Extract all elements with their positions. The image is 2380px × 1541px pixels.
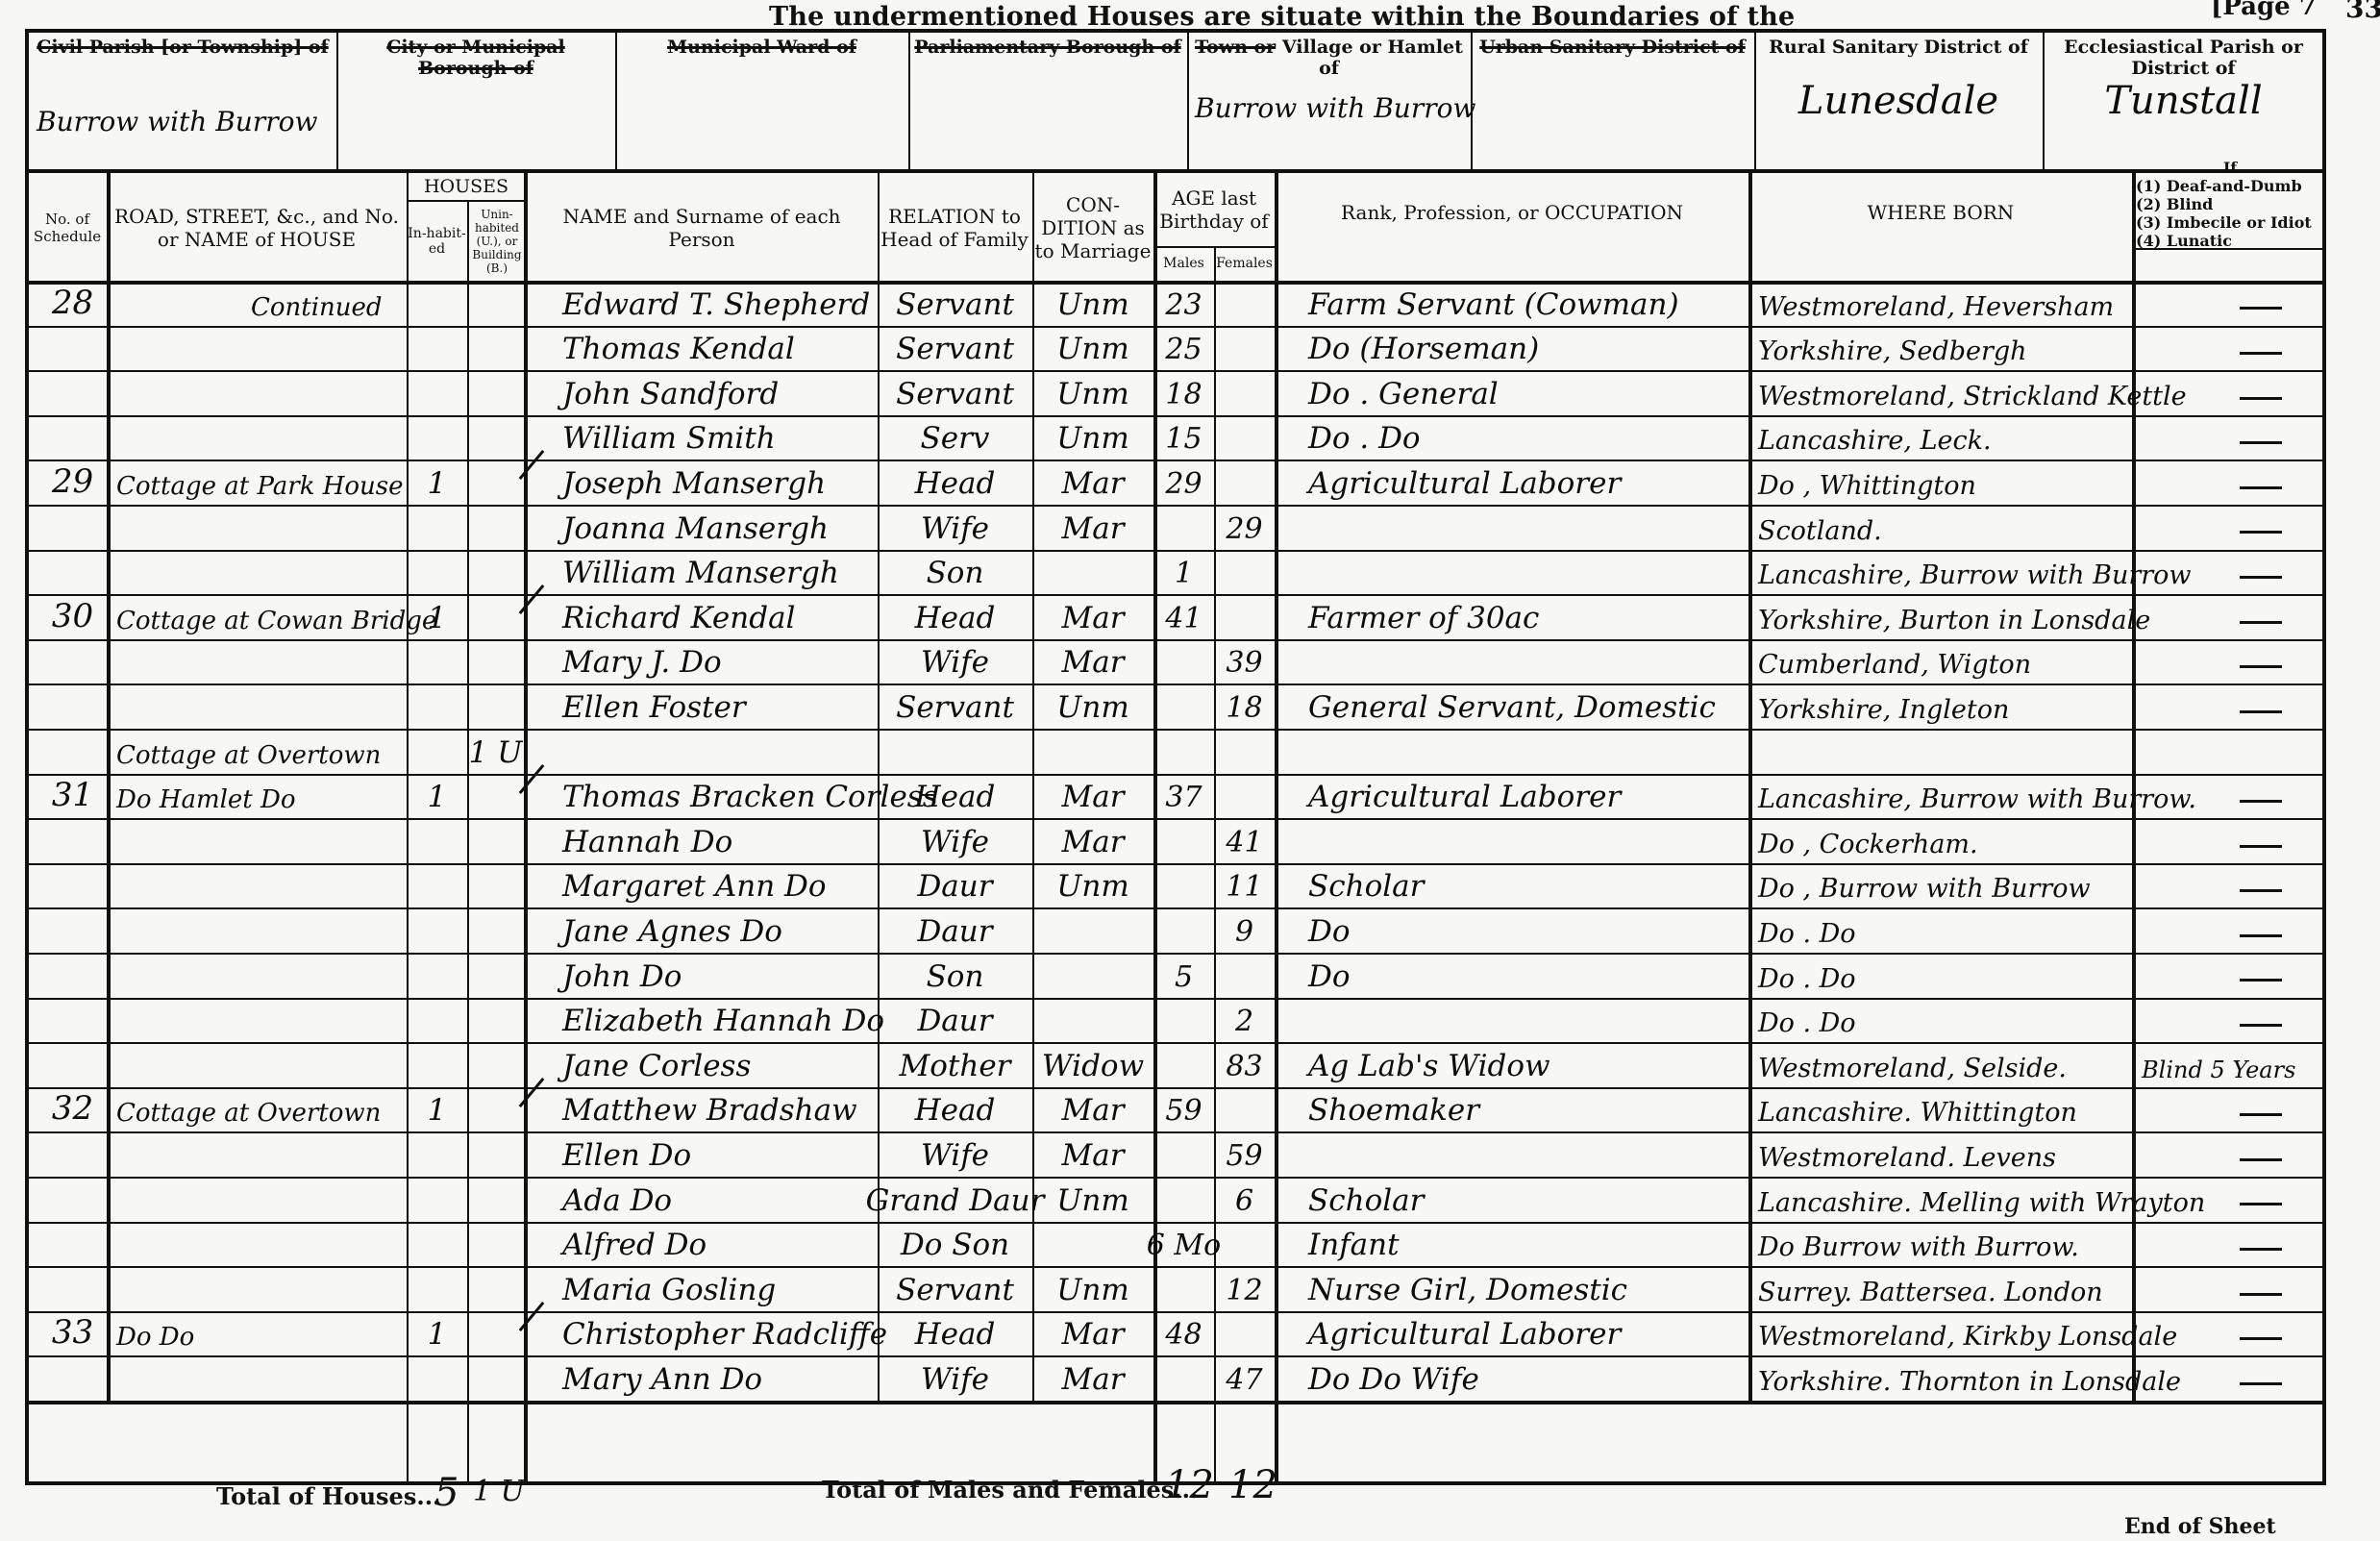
dash-mark-icon xyxy=(2240,1382,2282,1385)
cell-schedule: 33 xyxy=(38,1311,107,1356)
cell-road xyxy=(116,370,407,415)
cell-road: Do Hamlet Do xyxy=(116,774,407,819)
cell-infirmity xyxy=(2142,907,2324,953)
dash-mark-icon xyxy=(2240,1203,2282,1205)
cell-male-age xyxy=(1153,639,1214,684)
cell-where-born: Westmoreland. Levens xyxy=(1758,1131,2132,1177)
cell-inhabited: 1 xyxy=(407,1311,467,1356)
cell-infirmity xyxy=(2142,1222,2324,1267)
cell-uninhabited xyxy=(467,953,524,998)
cell-schedule xyxy=(38,863,107,908)
cell-name: Ada Do xyxy=(562,1177,878,1222)
cell-uninhabited xyxy=(467,907,524,953)
dash-mark-icon xyxy=(2240,531,2282,534)
cell-infirmity xyxy=(2142,460,2324,505)
col-age: AGE last Birthday of xyxy=(1154,173,1274,246)
cell-occupation: Do . Do xyxy=(1308,415,1748,460)
cell-female-age xyxy=(1214,370,1275,415)
cell-name: Thomas Kendal xyxy=(562,326,878,371)
cell-male-age xyxy=(1153,1177,1214,1222)
cell-schedule xyxy=(38,1042,107,1087)
district-label: Ecclesiastical Parish or District of xyxy=(2048,37,2318,79)
cell-infirmity: Blind 5 Years xyxy=(2142,1042,2324,1087)
grid-rule xyxy=(1748,171,1752,1401)
dash-mark-icon xyxy=(2240,307,2282,310)
cell-where-born: Do , Burrow with Burrow xyxy=(1758,863,2132,908)
cell-where-born: Yorkshire. Thornton in Lonsdale xyxy=(1758,1355,2132,1401)
cell-where-born: Westmoreland, Selside. xyxy=(1758,1042,2132,1087)
cell-schedule xyxy=(38,1266,107,1311)
cell-schedule xyxy=(38,907,107,953)
cell-name: William Smith xyxy=(562,415,878,460)
cell-infirmity xyxy=(2142,370,2324,415)
cell-road: Cottage at Overtown xyxy=(116,1087,407,1132)
total-females: 12 xyxy=(1228,1463,1277,1507)
cell-female-age xyxy=(1214,460,1275,505)
cell-where-born: Do Burrow with Burrow. xyxy=(1758,1222,2132,1267)
cell-relation: Wife xyxy=(878,1355,1032,1401)
cell-female-age: 11 xyxy=(1214,863,1275,908)
cell-male-age xyxy=(1153,684,1214,729)
dash-mark-icon xyxy=(2240,352,2282,355)
cell-relation: Servant xyxy=(878,281,1032,326)
col-houses: HOUSES xyxy=(408,173,525,200)
cell-where-born: Westmoreland, Kirkby Lonsdale xyxy=(1758,1311,2132,1356)
cell-where-born: Do . Do xyxy=(1758,953,2132,998)
cell-infirmity xyxy=(2142,729,2324,774)
cell-name: Jane Agnes Do xyxy=(562,907,878,953)
cell-name: William Mansergh xyxy=(562,550,878,595)
cell-occupation: Do Do Wife xyxy=(1308,1355,1748,1401)
dash-mark-icon xyxy=(2240,1158,2282,1161)
end-of-sheet-label: End of Sheet xyxy=(2124,1514,2276,1539)
cell-infirmity xyxy=(2142,281,2324,326)
cell-relation: Wife xyxy=(878,1131,1032,1177)
cell-inhabited xyxy=(407,1131,467,1177)
struck-label: Town or xyxy=(1195,37,1276,58)
cell-female-age xyxy=(1214,594,1275,639)
cell-uninhabited: 1 U xyxy=(467,729,524,774)
cell-name: Margaret Ann Do xyxy=(562,863,878,908)
cell-where-born: Lancashire, Burrow with Burrow xyxy=(1758,550,2132,595)
district-value: Lunesdale xyxy=(1762,79,2035,123)
cell-female-age xyxy=(1214,774,1275,819)
cell-female-age xyxy=(1214,953,1275,998)
col-occupation: Rank, Profession, or OCCUPATION xyxy=(1277,176,1748,248)
cell-female-age: 2 xyxy=(1214,998,1275,1043)
cell-inhabited xyxy=(407,998,467,1043)
cell-where-born xyxy=(1758,729,2132,774)
cell-uninhabited xyxy=(467,1355,524,1401)
cell-condition: Unm xyxy=(1032,1177,1153,1222)
cell-condition: Unm xyxy=(1032,281,1153,326)
cell-relation: Do Son xyxy=(878,1222,1032,1267)
cell-uninhabited xyxy=(467,1131,524,1177)
infirmity-title: If xyxy=(2136,159,2324,177)
cell-where-born: Yorkshire, Ingleton xyxy=(1758,684,2132,729)
cell-occupation: General Servant, Domestic xyxy=(1308,684,1748,729)
col-name: NAME and Surname of each Person xyxy=(527,176,877,280)
cell-condition: Mar xyxy=(1032,1087,1153,1132)
cell-where-born: Lancashire. Melling with Wrayton xyxy=(1758,1177,2132,1222)
divider xyxy=(1754,31,1756,169)
cell-occupation xyxy=(1308,550,1748,595)
cell-infirmity xyxy=(2142,1177,2324,1222)
cell-condition: Mar xyxy=(1032,1355,1153,1401)
cell-schedule xyxy=(38,953,107,998)
cell-schedule xyxy=(38,505,107,550)
cell-inhabited: 1 xyxy=(407,460,467,505)
cell-road xyxy=(116,415,407,460)
cell-inhabited xyxy=(407,907,467,953)
cell-uninhabited xyxy=(467,684,524,729)
cell-schedule xyxy=(38,1222,107,1267)
grid-rule xyxy=(2132,248,2324,250)
cell-condition: Unm xyxy=(1032,370,1153,415)
cell-name: Hannah Do xyxy=(562,818,878,863)
cell-relation: Grand Daur xyxy=(878,1177,1032,1222)
cell-infirmity xyxy=(2142,326,2324,371)
cell-where-born: Scotland. xyxy=(1758,505,2132,550)
cell-male-age: 59 xyxy=(1153,1087,1214,1132)
district-label-text: Village or Hamlet of xyxy=(1282,37,1463,79)
divider xyxy=(908,31,910,169)
cell-road xyxy=(116,907,407,953)
cell-male-age xyxy=(1153,998,1214,1043)
cell-uninhabited xyxy=(467,326,524,371)
cell-name: Jane Corless xyxy=(562,1042,878,1087)
dash-mark-icon xyxy=(2240,889,2282,892)
cell-male-age: 1 xyxy=(1153,550,1214,595)
rule xyxy=(25,29,2326,33)
cell-schedule xyxy=(38,729,107,774)
cell-where-born: Do . Do xyxy=(1758,907,2132,953)
cell-relation: Son xyxy=(878,550,1032,595)
cell-occupation xyxy=(1308,998,1748,1043)
cell-uninhabited xyxy=(467,818,524,863)
district-value: Tunstall xyxy=(2050,79,2317,123)
cell-inhabited xyxy=(407,863,467,908)
cell-male-age xyxy=(1153,1355,1214,1401)
page-title: The undermentioned Houses are situate wi… xyxy=(769,2,1795,32)
cell-inhabited xyxy=(407,729,467,774)
cell-road xyxy=(116,505,407,550)
cell-female-age: 83 xyxy=(1214,1042,1275,1087)
cell-infirmity xyxy=(2142,505,2324,550)
cell-female-age xyxy=(1214,729,1275,774)
cell-schedule xyxy=(38,550,107,595)
cell-road: Do Do xyxy=(116,1311,407,1356)
cell-road xyxy=(116,863,407,908)
folio-number: 33 xyxy=(2345,0,2380,24)
cell-relation: Mother xyxy=(878,1042,1032,1087)
cell-road xyxy=(116,953,407,998)
dash-mark-icon xyxy=(2240,1113,2282,1116)
cell-road: Cottage at Overtown xyxy=(116,729,407,774)
dash-mark-icon xyxy=(2240,800,2282,803)
cell-condition xyxy=(1032,729,1153,774)
cell-road xyxy=(116,1355,407,1401)
dash-mark-icon xyxy=(2240,441,2282,444)
cell-uninhabited xyxy=(467,1042,524,1087)
total-inhabited: 5 xyxy=(434,1471,459,1515)
grid-rule xyxy=(407,200,525,202)
cell-condition: Mar xyxy=(1032,774,1153,819)
cell-occupation xyxy=(1308,639,1748,684)
cell-where-born: Cumberland, Wigton xyxy=(1758,639,2132,684)
cell-male-age xyxy=(1153,907,1214,953)
cell-where-born: Lancashire, Burrow with Burrow. xyxy=(1758,774,2132,819)
cell-female-age: 59 xyxy=(1214,1131,1275,1177)
cell-relation: Servant xyxy=(878,1266,1032,1311)
cell-where-born: Westmoreland, Heversham xyxy=(1758,281,2132,326)
cell-name: Matthew Bradshaw xyxy=(562,1087,878,1132)
cell-uninhabited xyxy=(467,460,524,505)
cell-infirmity xyxy=(2142,639,2324,684)
dash-mark-icon xyxy=(2240,934,2282,937)
cell-relation: Serv xyxy=(878,415,1032,460)
cell-female-age: 41 xyxy=(1214,818,1275,863)
district-value: Burrow with Burrow xyxy=(1195,92,1463,124)
dash-mark-icon xyxy=(2240,486,2282,489)
cell-name: Edward T. Shepherd xyxy=(562,281,878,326)
cell-uninhabited xyxy=(467,774,524,819)
cell-relation: Servant xyxy=(878,370,1032,415)
cell-infirmity xyxy=(2142,550,2324,595)
cell-schedule: 28 xyxy=(38,281,107,326)
cell-occupation: Do (Horseman) xyxy=(1308,326,1748,371)
cell-relation: Wife xyxy=(878,639,1032,684)
cell-schedule xyxy=(38,639,107,684)
dash-mark-icon xyxy=(2240,621,2282,624)
cell-schedule: 32 xyxy=(38,1087,107,1132)
cell-infirmity xyxy=(2142,818,2324,863)
cell-female-age: 12 xyxy=(1214,1266,1275,1311)
cell-male-age: 15 xyxy=(1153,415,1214,460)
cell-female-age: 47 xyxy=(1214,1355,1275,1401)
dash-mark-icon xyxy=(2240,979,2282,982)
col-females: Females xyxy=(1215,248,1274,279)
cell-male-age: 37 xyxy=(1153,774,1214,819)
cell-occupation xyxy=(1308,505,1748,550)
cell-inhabited xyxy=(407,684,467,729)
cell-male-age: 41 xyxy=(1153,594,1214,639)
cell-occupation: Farm Servant (Cowman) xyxy=(1308,281,1748,326)
cell-female-age: 18 xyxy=(1214,684,1275,729)
cell-inhabited xyxy=(407,415,467,460)
cell-relation: Head xyxy=(878,1087,1032,1132)
cell-condition: Mar xyxy=(1032,639,1153,684)
cell-inhabited xyxy=(407,639,467,684)
cell-condition: Unm xyxy=(1032,863,1153,908)
cell-occupation: Shoemaker xyxy=(1308,1087,1748,1132)
cell-condition: Mar xyxy=(1032,505,1153,550)
cell-condition: Mar xyxy=(1032,594,1153,639)
total-persons-label: Total of Males and Females... xyxy=(822,1476,1198,1504)
cell-uninhabited xyxy=(467,281,524,326)
cell-infirmity xyxy=(2142,415,2324,460)
district-value: Burrow with Burrow xyxy=(37,106,329,137)
cell-name: Christopher Radcliffe xyxy=(562,1311,878,1356)
cell-relation: Wife xyxy=(878,505,1032,550)
col-where-born: WHERE BORN xyxy=(1750,176,2131,248)
cell-uninhabited xyxy=(467,370,524,415)
cell-condition: Unm xyxy=(1032,415,1153,460)
divider xyxy=(2043,31,2045,169)
cell-uninhabited xyxy=(467,1222,524,1267)
cell-infirmity xyxy=(2142,998,2324,1043)
cell-infirmity xyxy=(2142,1311,2324,1356)
cell-uninhabited xyxy=(467,639,524,684)
cell-male-age: 23 xyxy=(1153,281,1214,326)
infirmity-option: (3) Imbecile or Idiot xyxy=(2136,213,2324,232)
cell-schedule xyxy=(38,684,107,729)
cell-condition xyxy=(1032,953,1153,998)
district-label: City or Municipal Borough of xyxy=(342,37,609,79)
cell-road: Cottage at Cowan Bridge xyxy=(116,594,407,639)
cell-where-born: Lancashire, Leck. xyxy=(1758,415,2132,460)
cell-condition: Widow xyxy=(1032,1042,1153,1087)
cell-road xyxy=(116,1222,407,1267)
cell-inhabited xyxy=(407,505,467,550)
cell-occupation: Scholar xyxy=(1308,863,1748,908)
cell-condition: Mar xyxy=(1032,1311,1153,1356)
cell-inhabited xyxy=(407,818,467,863)
dash-mark-icon xyxy=(2240,845,2282,848)
dash-mark-icon xyxy=(2240,1248,2282,1251)
total-uninhabited: 1 U xyxy=(473,1475,525,1508)
cell-male-age: 6 Mo xyxy=(1153,1222,1214,1267)
page-number: [Page 7 xyxy=(2211,0,2317,21)
cell-schedule xyxy=(38,326,107,371)
district-label: Parliamentary Borough of xyxy=(914,37,1181,58)
dash-mark-icon xyxy=(2240,1337,2282,1340)
cell-where-born: Yorkshire, Burton in Lonsdale xyxy=(1758,594,2132,639)
dash-mark-icon xyxy=(2240,665,2282,668)
cell-occupation xyxy=(1308,1131,1748,1177)
cell-where-born: Do , Cockerham. xyxy=(1758,818,2132,863)
cell-name xyxy=(562,729,878,774)
grid-rule xyxy=(524,171,528,1485)
cell-female-age xyxy=(1214,326,1275,371)
cell-uninhabited xyxy=(467,550,524,595)
cell-male-age: 48 xyxy=(1153,1311,1214,1356)
cell-occupation: Do . General xyxy=(1308,370,1748,415)
divider xyxy=(1187,31,1189,169)
cell-female-age xyxy=(1214,1087,1275,1132)
cell-inhabited xyxy=(407,550,467,595)
cell-male-age xyxy=(1153,505,1214,550)
cell-where-born: Yorkshire, Sedbergh xyxy=(1758,326,2132,371)
cell-name: Mary Ann Do xyxy=(562,1355,878,1401)
cell-condition xyxy=(1032,907,1153,953)
cell-condition: Mar xyxy=(1032,1131,1153,1177)
cell-relation: Head xyxy=(878,460,1032,505)
cell-uninhabited xyxy=(467,1177,524,1222)
cell-infirmity xyxy=(2142,684,2324,729)
cell-relation: Head xyxy=(878,774,1032,819)
cell-occupation: Farmer of 30ac xyxy=(1308,594,1748,639)
grid-rule xyxy=(1275,171,1278,1485)
cell-inhabited xyxy=(407,1042,467,1087)
col-road: ROAD, STREET, &c., and No. or NAME of HO… xyxy=(109,176,405,280)
cell-male-age xyxy=(1153,1042,1214,1087)
cell-condition: Mar xyxy=(1032,460,1153,505)
cell-where-born: Lancashire. Whittington xyxy=(1758,1087,2132,1132)
cell-inhabited xyxy=(407,281,467,326)
cell-relation: Head xyxy=(878,1311,1032,1356)
cell-inhabited xyxy=(407,1177,467,1222)
cell-relation xyxy=(878,729,1032,774)
cell-occupation: Nurse Girl, Domestic xyxy=(1308,1266,1748,1311)
total-houses-label: Total of Houses... xyxy=(216,1482,440,1510)
cell-road xyxy=(116,684,407,729)
col-relation: RELATION to Head of Family xyxy=(879,176,1030,280)
col-schedule: No. of Schedule xyxy=(29,176,106,280)
cell-where-born: Do . Do xyxy=(1758,998,2132,1043)
cell-female-age xyxy=(1214,1311,1275,1356)
cell-road xyxy=(116,1131,407,1177)
cell-male-age xyxy=(1153,729,1214,774)
cell-male-age: 18 xyxy=(1153,370,1214,415)
cell-condition: Unm xyxy=(1032,1266,1153,1311)
cell-name: Ellen Foster xyxy=(562,684,878,729)
dash-mark-icon xyxy=(2240,576,2282,579)
cell-relation: Daur xyxy=(878,907,1032,953)
col-males: Males xyxy=(1154,248,1213,279)
cell-schedule xyxy=(38,818,107,863)
cell-name: John Sandford xyxy=(562,370,878,415)
infirmity-option: (2) Blind xyxy=(2136,195,2324,213)
district-label: Town or Village or Hamlet of xyxy=(1193,37,1465,79)
divider xyxy=(615,31,617,169)
cell-male-age: 29 xyxy=(1153,460,1214,505)
cell-inhabited xyxy=(407,1355,467,1401)
cell-road xyxy=(116,818,407,863)
cell-uninhabited xyxy=(467,505,524,550)
cell-uninhabited xyxy=(467,998,524,1043)
cell-road: Cottage at Park House xyxy=(116,460,407,505)
cell-name: Richard Kendal xyxy=(562,594,878,639)
cell-schedule xyxy=(38,1355,107,1401)
cell-schedule xyxy=(38,1131,107,1177)
dash-mark-icon xyxy=(2240,710,2282,713)
cell-male-age: 5 xyxy=(1153,953,1214,998)
cell-name: Alfred Do xyxy=(562,1222,878,1267)
cell-male-age xyxy=(1153,818,1214,863)
cell-inhabited xyxy=(407,953,467,998)
cell-condition xyxy=(1032,998,1153,1043)
cell-uninhabited xyxy=(467,1266,524,1311)
cell-female-age: 6 xyxy=(1214,1177,1275,1222)
cell-inhabited xyxy=(407,370,467,415)
cell-relation: Son xyxy=(878,953,1032,998)
cell-female-age xyxy=(1214,415,1275,460)
cell-occupation: Scholar xyxy=(1308,1177,1748,1222)
cell-infirmity xyxy=(2142,1355,2324,1401)
district-label: Rural Sanitary District of xyxy=(1760,37,2037,58)
cell-infirmity xyxy=(2142,774,2324,819)
cell-condition xyxy=(1032,1222,1153,1267)
cell-name: Joanna Mansergh xyxy=(562,505,878,550)
cell-occupation: Ag Lab's Widow xyxy=(1308,1042,1748,1087)
cell-name: Ellen Do xyxy=(562,1131,878,1177)
cell-male-age xyxy=(1153,1266,1214,1311)
cell-inhabited xyxy=(407,1266,467,1311)
cell-inhabited: 1 xyxy=(407,594,467,639)
cell-relation: Daur xyxy=(878,998,1032,1043)
cell-relation: Servant xyxy=(878,326,1032,371)
